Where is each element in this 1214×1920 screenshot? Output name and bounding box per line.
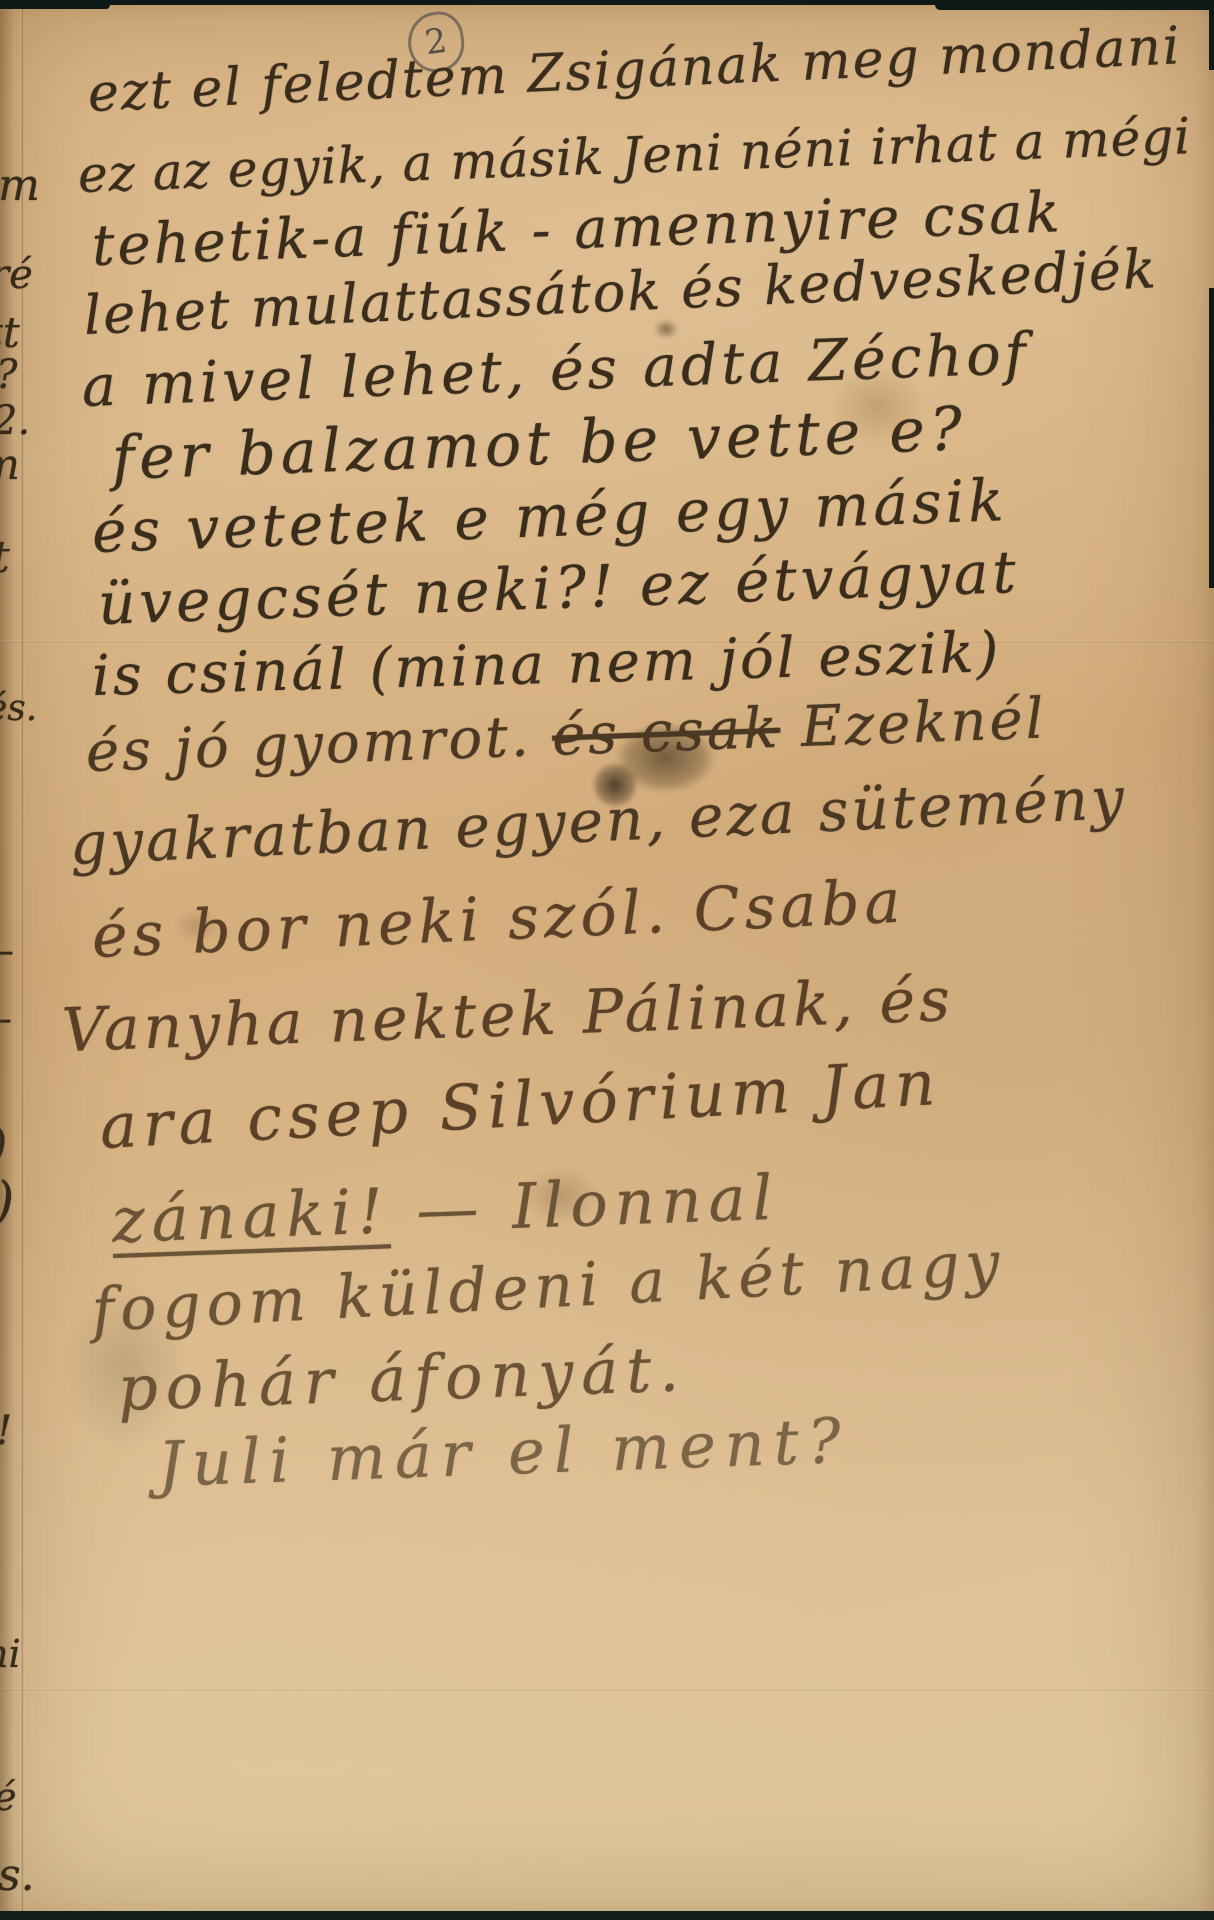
- handwritten-line: ezt el feledtem Zsigának meg mondani: [87, 16, 1183, 124]
- margin-ink-fragment: t: [0, 532, 10, 583]
- letter-page: 2 ezt el feledtem Zsigának meg mondaniez…: [0, 0, 1214, 1920]
- margin-ink-fragment: lm: [0, 160, 40, 211]
- margin-ink-fragment: ): [0, 1172, 14, 1232]
- margin-ink-fragment: 2.: [0, 398, 30, 444]
- handwritten-strikethrough-segment: és csak: [551, 696, 781, 769]
- horizontal-crease: [0, 1688, 1214, 1691]
- margin-ink-fragment: —: [0, 996, 12, 1042]
- handwritten-segment: — Ilonnal: [388, 1161, 780, 1248]
- margin-ink-fragment: ?: [0, 352, 17, 398]
- margin-ink-fragment: és.: [0, 688, 37, 729]
- margin-ink-fragment: é: [0, 1775, 17, 1819]
- handwritten-line: és bor neki szól. Csaba: [90, 867, 906, 972]
- handwritten-line: ara csep Silvórium Jan: [98, 1046, 943, 1163]
- handwritten-segment: Ezeknél: [779, 686, 1047, 760]
- margin-ink-fragment: ): [0, 1120, 7, 1171]
- scan-edge-bottom: [0, 1911, 1214, 1920]
- handwritten-underline-segment: zánaki!: [111, 1174, 391, 1257]
- scan-edge-top-left: [0, 0, 110, 9]
- handwritten-line: zánaki! — Ilonnal: [111, 1161, 781, 1257]
- margin-ink-fragment: !: [0, 1408, 12, 1454]
- margin-ink-fragment: ni: [0, 1632, 21, 1676]
- handwritten-segment: és jó gyomrot.: [85, 704, 553, 785]
- margin-ink-fragment: ré: [0, 252, 33, 298]
- scan-edge-right-middle: [1209, 288, 1214, 588]
- handwritten-line: Vanyha nektek Pálinak, és: [61, 965, 955, 1066]
- margin-ink-fragment: tt: [0, 308, 20, 357]
- margin-ink-fragment: —: [0, 928, 14, 974]
- scan-edge-right-upper: [1209, 0, 1214, 70]
- margin-ink-fragment: m: [0, 440, 20, 489]
- margin-ink-fragment: s.: [0, 1850, 35, 1901]
- scan-edge-top-right: [935, 0, 1214, 10]
